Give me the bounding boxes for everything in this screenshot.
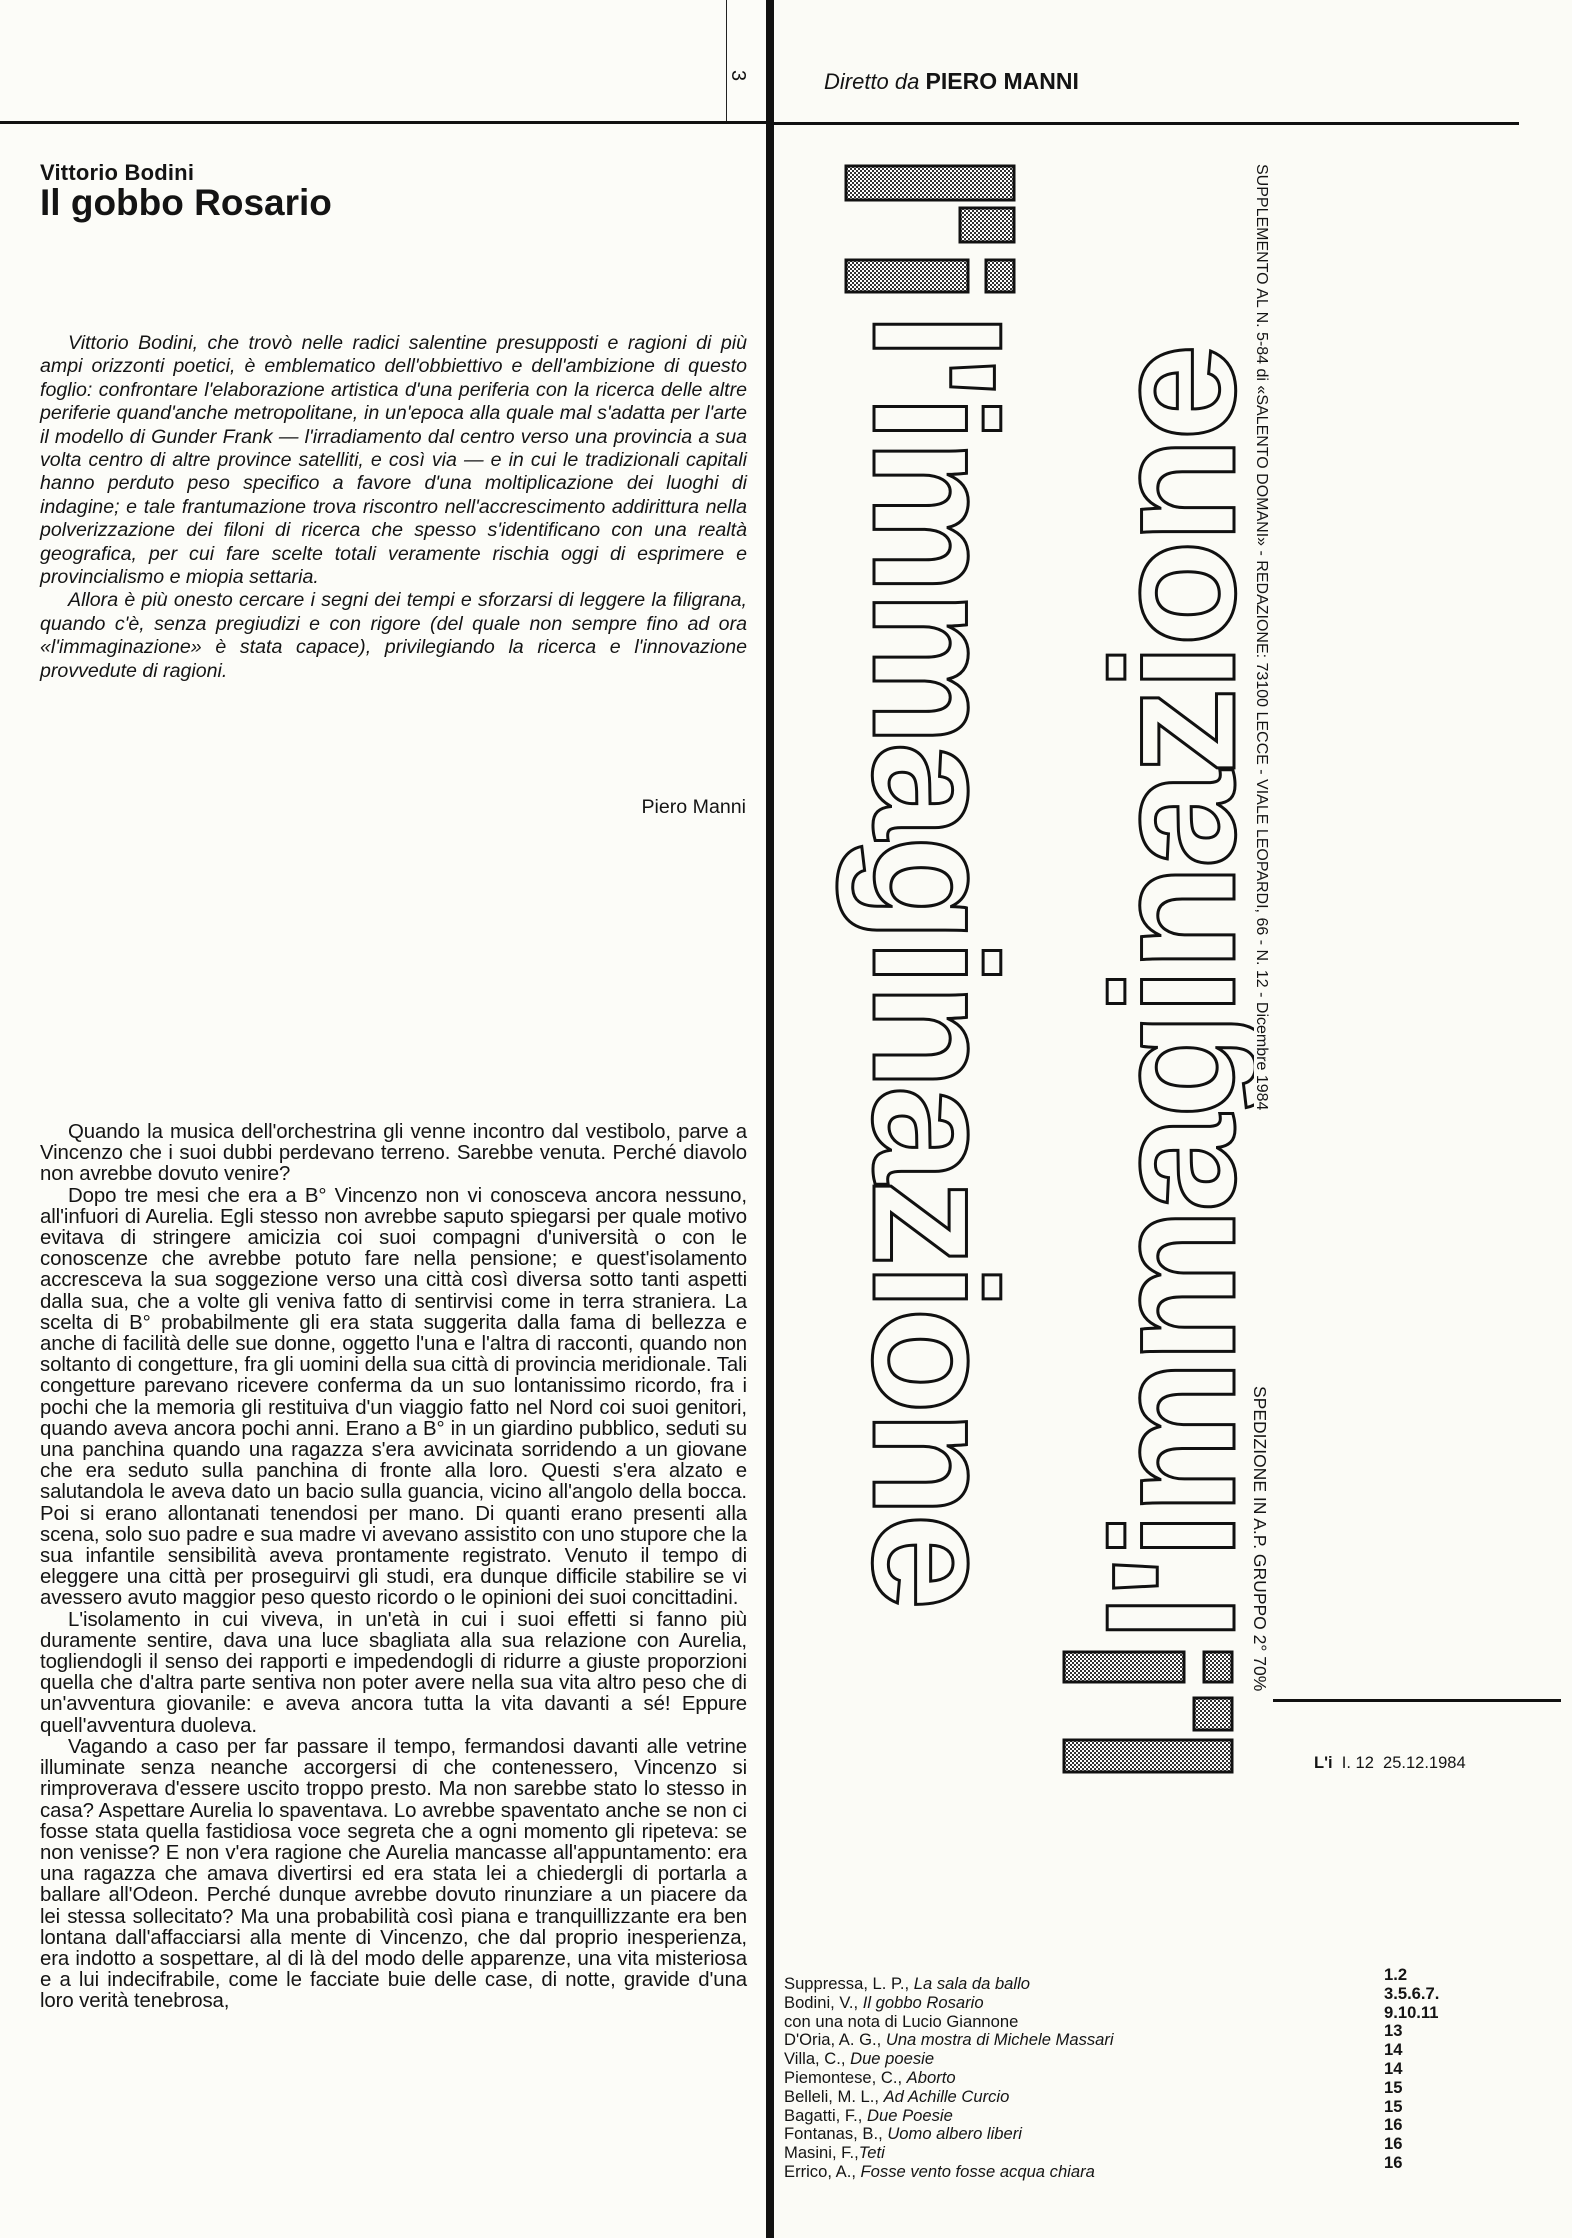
header-rule (0, 121, 768, 124)
postage-info: SPEDIZIONE IN A.P. GRUPPO 2° 70% (1249, 1386, 1270, 1691)
toc-work: Fosse vento fosse acqua chiara (861, 2162, 1095, 2181)
toc-item[interactable]: Belleli, M. L., Ad Achille Curcio 15 (784, 2088, 1444, 2107)
header-rule (774, 122, 1519, 125)
issue-line: L'i I. 12 25.12.1984 (1314, 1754, 1466, 1773)
toc-author: Bagatti, F., (784, 2106, 867, 2125)
page-spine (766, 0, 774, 2238)
story-paragraph: L'isolamento in cui viveva, in un'età in… (40, 1610, 747, 1737)
intro-paragraph: Allora è più onesto cercare i segni dei … (40, 589, 747, 683)
story-paragraph: Vagando a caso per far passare il tempo,… (40, 1737, 747, 2013)
director-label: Diretto da (824, 69, 919, 94)
toc-item[interactable]: Villa, C., Due poesie 14 (784, 2050, 1444, 2069)
toc-author: Bodini, V., (784, 1993, 863, 2012)
toc-author: Piemontese, C., (784, 2068, 907, 2087)
toc-item[interactable]: Bodini, V., Il gobbo Rosario 3.5.6.7. (784, 1994, 1444, 2013)
toc-work: Il gobbo Rosario (863, 1993, 984, 2012)
supplement-info: SUPPLEMENTO AL N. 5-84 di «SALENTO DOMAN… (1252, 164, 1270, 1110)
table-of-contents: Suppressa, L. P., La sala da ballo 1.2 B… (784, 1975, 1444, 2182)
toc-work: Due Poesie (867, 2106, 953, 2125)
issue-abbrev: L'i (1314, 1754, 1333, 1772)
toc-work: Teti (859, 2143, 885, 2162)
toc-item[interactable]: Bagatti, F., Due Poesie 15 (784, 2107, 1444, 2126)
meta-rule (1273, 1699, 1561, 1702)
article-title: Il gobbo Rosario (40, 182, 332, 224)
toc-pages: 16 (1384, 2154, 1444, 2182)
intro-signature: Piero Manni (641, 796, 746, 819)
toc-work: Una mostra di Michele Massari (886, 2030, 1114, 2049)
right-page: Diretto da PIERO MANNI l'immaginazione l… (774, 0, 1572, 2238)
toc-author: Villa, C., (784, 2049, 850, 2068)
toc-work: Uomo albero liberi (887, 2124, 1022, 2143)
toc-item[interactable]: Errico, A., Fosse vento fosse acqua chia… (784, 2163, 1444, 2182)
left-page: 3 Vittorio Bodini Il gobbo Rosario Vitto… (0, 0, 768, 2238)
toc-item[interactable]: Fontanas, B., Uomo albero liberi 16 (784, 2125, 1444, 2144)
issue-date: 25.12.1984 (1383, 1754, 1466, 1772)
toc-author: Fontanas, B., (784, 2124, 887, 2143)
toc-item[interactable]: Suppressa, L. P., La sala da ballo 1.2 (784, 1975, 1444, 1994)
svg-text:l'immaginazione: l'immaginazione (1077, 348, 1254, 1642)
story-paragraph: Quando la musica dell'orchestrina gli ve… (40, 1122, 747, 1186)
toc-author: Belleli, M. L., (784, 2087, 884, 2106)
toc-work: Due poesie (850, 2049, 934, 2068)
page-number-divider (726, 0, 727, 121)
editorial-intro: Vittorio Bodini, che trovò nelle radici … (40, 332, 747, 683)
toc-work: Ad Achille Curcio (884, 2087, 1010, 2106)
toc-author: Masini, F., (784, 2143, 859, 2162)
toc-author: Errico, A., (784, 2162, 861, 2181)
toc-work: La sala da ballo (914, 1974, 1030, 1993)
toc-author: con una nota di Lucio Giannone (784, 2012, 1018, 2031)
story-body: Quando la musica dell'orchestrina gli ve… (40, 1122, 747, 2013)
intro-paragraph: Vittorio Bodini, che trovò nelle radici … (40, 332, 747, 589)
masthead-wordmark-icon: l'immaginazione l'immaginazione (834, 152, 1254, 1782)
issue-number: I. 12 (1342, 1754, 1374, 1772)
svg-text:l'immaginazione: l'immaginazione (836, 312, 1031, 1606)
toc-item[interactable]: con una nota di Lucio Giannone 9.10.11 (784, 2013, 1444, 2032)
toc-item[interactable]: D'Oria, A. G., Una mostra di Michele Mas… (784, 2031, 1444, 2050)
toc-author: Suppressa, L. P., (784, 1974, 914, 1993)
director-name: PIERO MANNI (926, 68, 1079, 94)
toc-work: Aborto (907, 2068, 956, 2087)
toc-item[interactable]: Piemontese, C., Aborto 14 (784, 2069, 1444, 2088)
page-number: 3 (726, 70, 749, 81)
toc-item[interactable]: Masini, F.,Teti 16 (784, 2144, 1444, 2163)
masthead-logo: l'immaginazione l'immaginazione (834, 152, 1254, 1782)
director-credit: Diretto da PIERO MANNI (824, 68, 1079, 95)
toc-author: D'Oria, A. G., (784, 2030, 886, 2049)
story-paragraph: Dopo tre mesi che era a B° Vincenzo non … (40, 1186, 747, 1610)
